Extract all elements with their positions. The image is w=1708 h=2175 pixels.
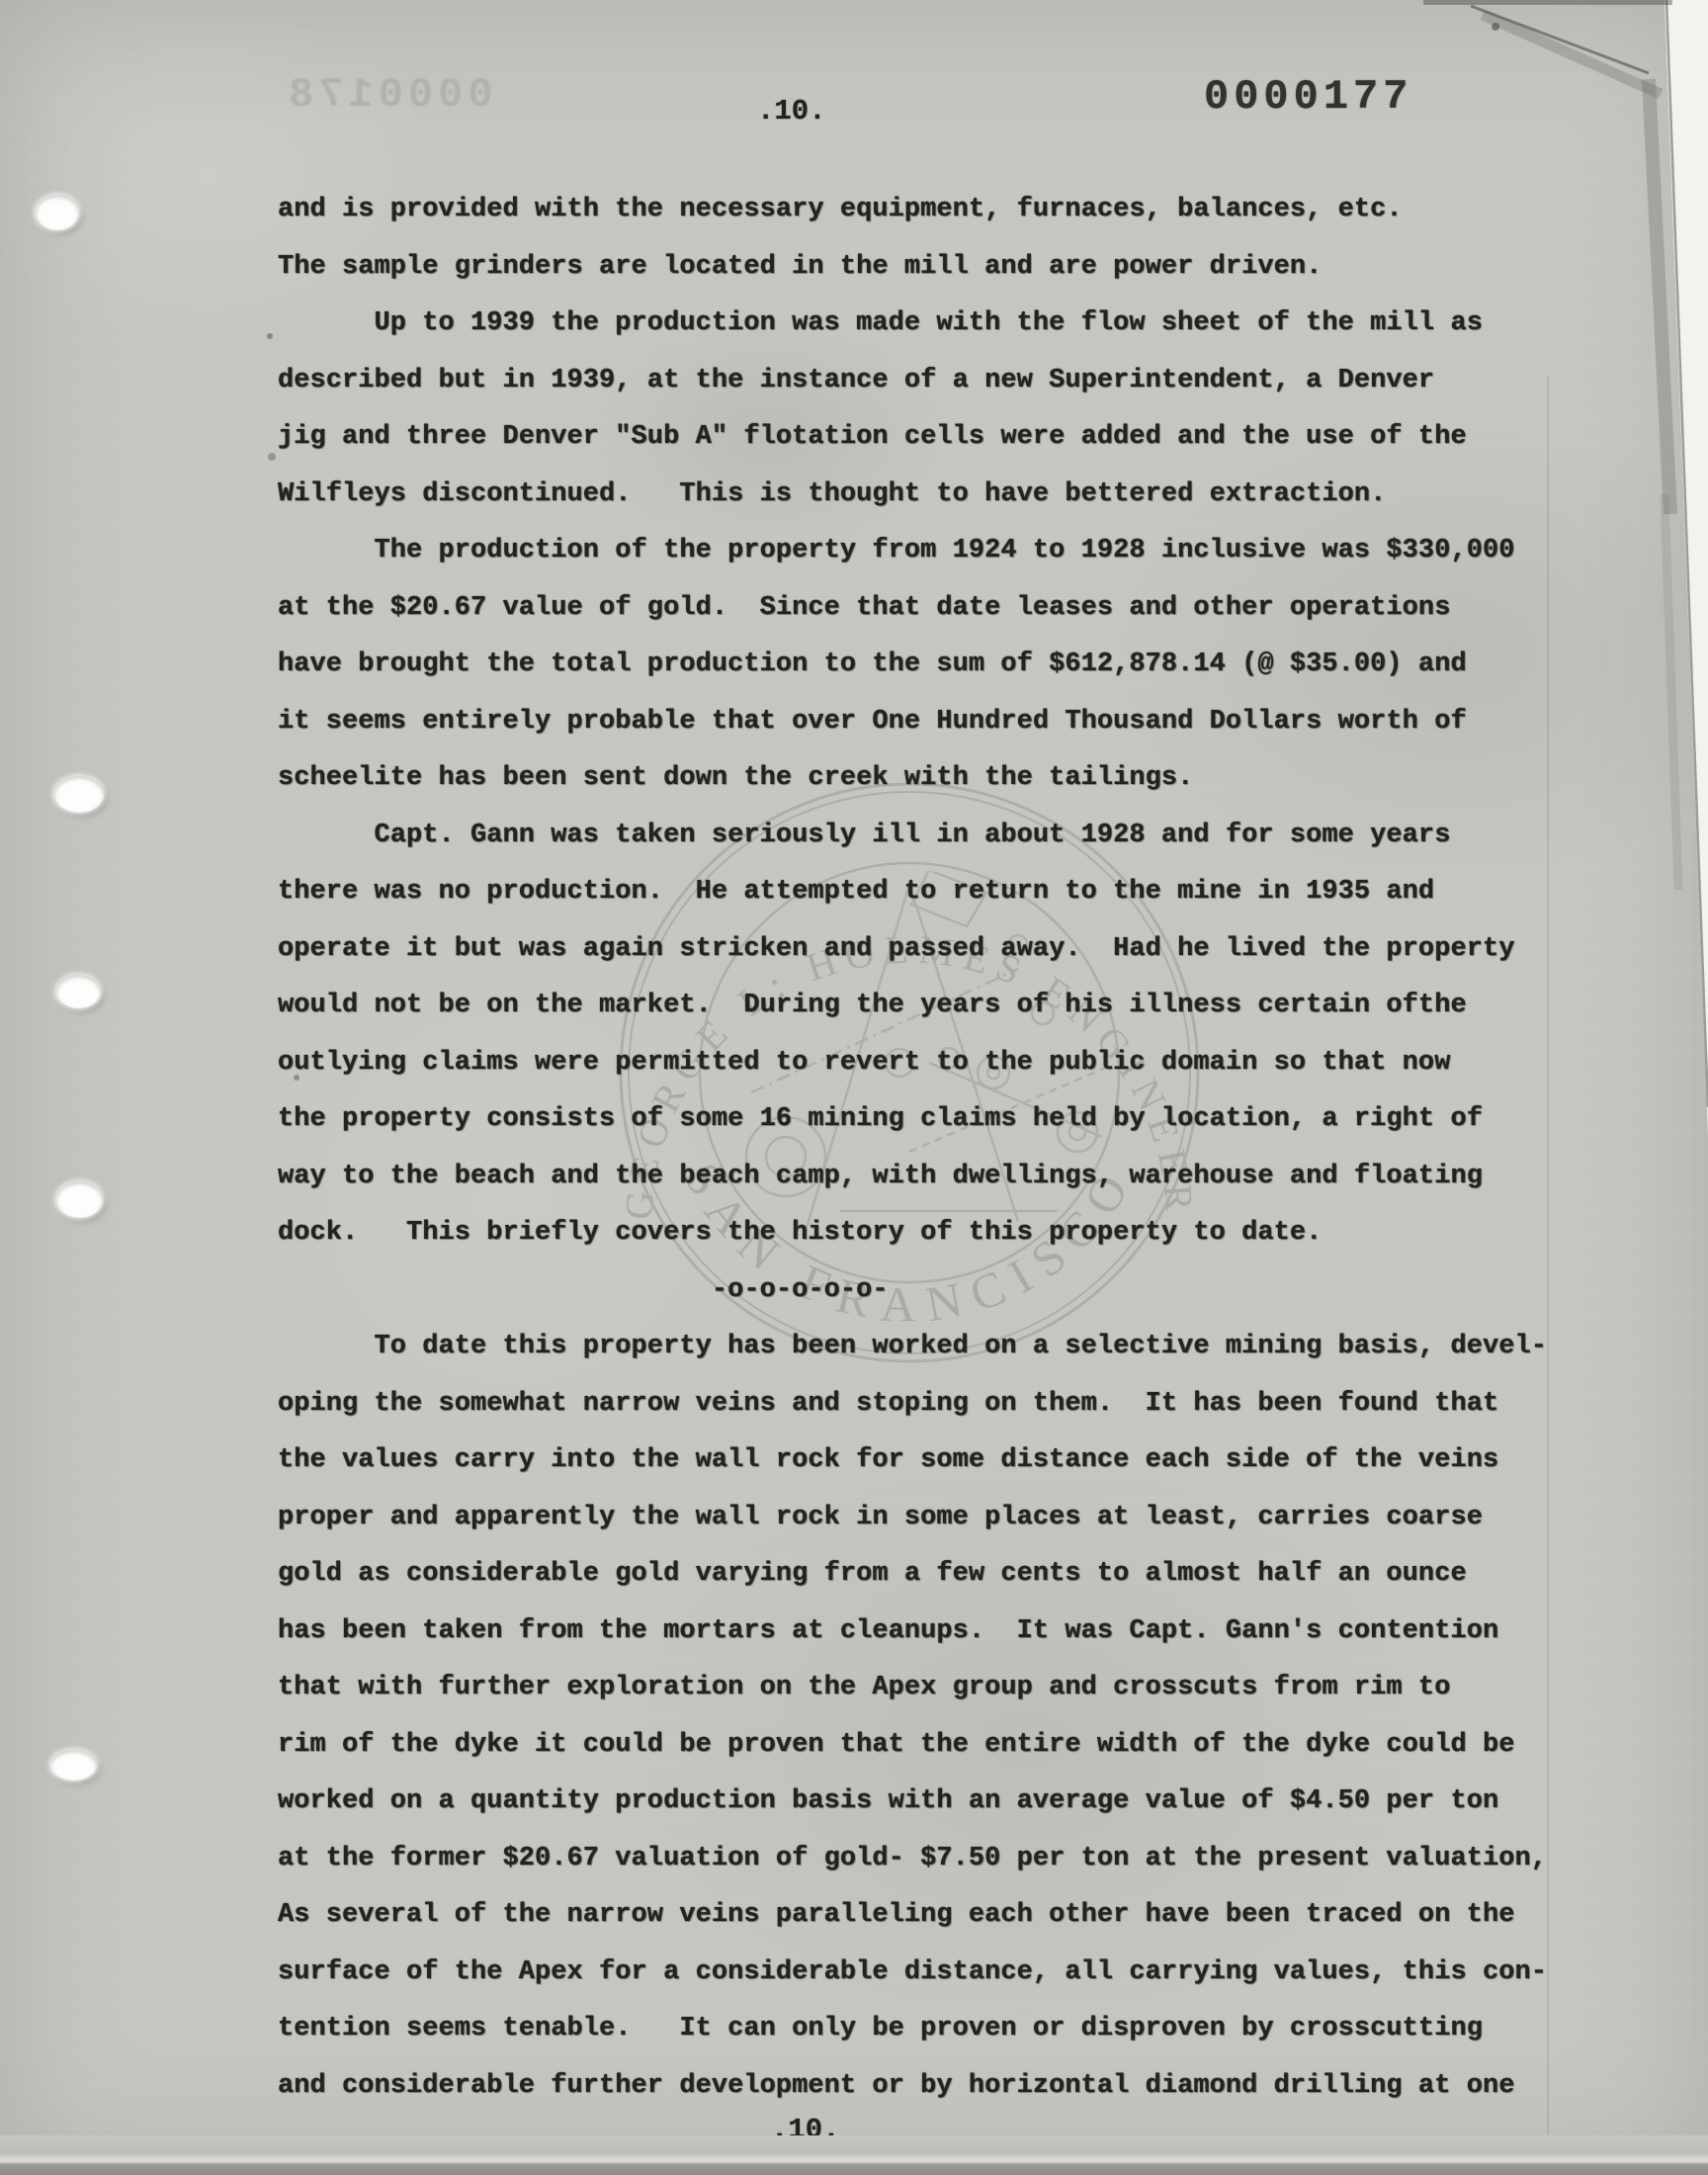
scan-bottom-edge xyxy=(0,2135,1708,2175)
punch-hole xyxy=(56,975,101,1008)
paper-edge-line xyxy=(1666,0,1708,1107)
punch-hole xyxy=(50,1750,97,1781)
punch-hole xyxy=(54,776,104,813)
punch-hole xyxy=(36,195,79,230)
scan-artifacts xyxy=(0,0,1708,2175)
scanned-page: GEORGE L: HOLMES ENGINEER SAN FRANCISCO … xyxy=(0,0,1708,2175)
punch-hole xyxy=(56,1181,103,1218)
